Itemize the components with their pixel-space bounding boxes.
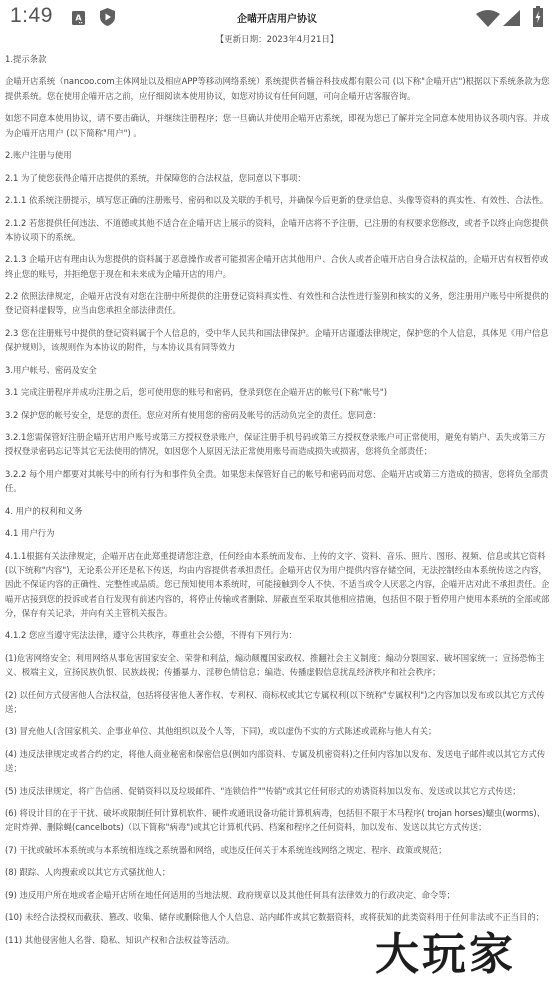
list-item: (8) 跟踪、人肉搜索或以其它方式骚扰他人； — [5, 865, 551, 879]
paragraph: 2.1.1 依系统注册提示，填写您正确的注册账号、密码和以及关联的手机号，并确保… — [5, 193, 551, 207]
paragraph: 2.2 依照法律规定，企喵开店没有对您在注册中所提供的注册登记资料真实性、有效性… — [5, 289, 551, 318]
list-item: (1)危害网络安全；利用网络从事危害国家安全、荣誉和利益，煽动颠覆国家政权、推翻… — [5, 651, 551, 680]
section-heading: 1.提示条款 — [5, 52, 551, 66]
paragraph: 2.1.2 若您提供任何违法、不道德或其他不适合在企喵开店上展示的资料，企喵开店… — [5, 216, 551, 245]
list-item: (9) 违反用户所在地或者企喵开店所在地任何适用的当地法规、政府规章以及其他任何… — [5, 888, 551, 902]
paragraph: 3.1 完成注册程序并成功注册之后，您可使用您的账号和密码，登录到您在企喵开店的… — [5, 385, 551, 399]
paragraph: 4.1.2 您应当遵守宪法法律，遵守公共秩序，尊重社会公德，不得有下列行为： — [5, 628, 551, 642]
subsection-heading: 4.1 用户行为 — [5, 526, 551, 540]
paragraph: 3.2.2 每个用户都要对其帐号中的所有行为和事件负全责。如果您未保管好自己的帐… — [5, 467, 551, 496]
paragraph: 2.1.3 企喵开店有理由认为您提供的资料属于恶意操作或者可能损害企喵开店其他用… — [5, 252, 551, 281]
paragraph: 3.2.1您需保管好注册企喵开店用户账号或第三方授权登录账户，保证注册手机号码或… — [5, 430, 551, 459]
list-item: (7) 干扰或破坏本系统或与本系统相连线之系统器和网络，或违反任何关于本系统连线… — [5, 843, 551, 857]
paragraph: 2.1 为了使您获得企喵开店提供的系统，并保障您的合法权益，您同意以下事项： — [5, 171, 551, 185]
page-title: 企喵开店用户协议 — [0, 10, 554, 25]
section-heading: 3.用户帐号、密码及安全 — [5, 363, 551, 377]
paragraph: 3.2 保护您的帐号安全，是您的责任。您应对所有使用您的密码及帐号的活动负完全的… — [5, 408, 551, 422]
paragraph: 2.3 您在注册账号中提供的登记资料属于个人信息的，受中华人民共和国法律保护。企… — [5, 326, 551, 355]
list-item: (5) 违反法律规定，将广告信函、促销资料以及垃圾邮件、"连锁信件""传销"或其… — [5, 784, 551, 798]
list-item: (2) 以任何方式侵害他人合法权益，包括将侵害他人著作权、专利权、商标权或其它专… — [5, 688, 551, 717]
list-item: (6) 将设计目的在于干扰、破坏或限制任何计算机软件、硬件或通讯设备功能计算机病… — [5, 806, 551, 835]
paragraph: 4.1.1根据有关法律规定，企喵开店在此郑重提请您注意，任何经由本系统而发布、上… — [5, 549, 551, 620]
updated-date: 【更新日期：2023年4月21日】 — [0, 33, 554, 45]
section-heading: 4. 用户的权利和义务 — [5, 504, 551, 518]
agreement-content[interactable]: 1.提示条款 企喵开店系统（nancoo.com主体网址以及相应APP等移动网络… — [5, 52, 551, 955]
list-item: (3) 冒充他人(含国家机关、企事业单位、其他组织以及个人等，下同)，或以虚伪不… — [5, 724, 551, 738]
section-heading: 2.账户注册与使用 — [5, 148, 551, 162]
watermark: 大玩家 — [375, 918, 516, 982]
paragraph: 企喵开店系统（nancoo.com主体网址以及相应APP等移动网络系统）系统提供… — [5, 74, 551, 103]
list-item: (4) 违反法律规定或者合约约定，将他人商业秘密和保密信息(例如内部资料、专属及… — [5, 747, 551, 776]
paragraph: 如您不同意本使用协议，请不要击确认，并继续注册程序；您一旦确认并使用企喵开店系统… — [5, 111, 551, 140]
